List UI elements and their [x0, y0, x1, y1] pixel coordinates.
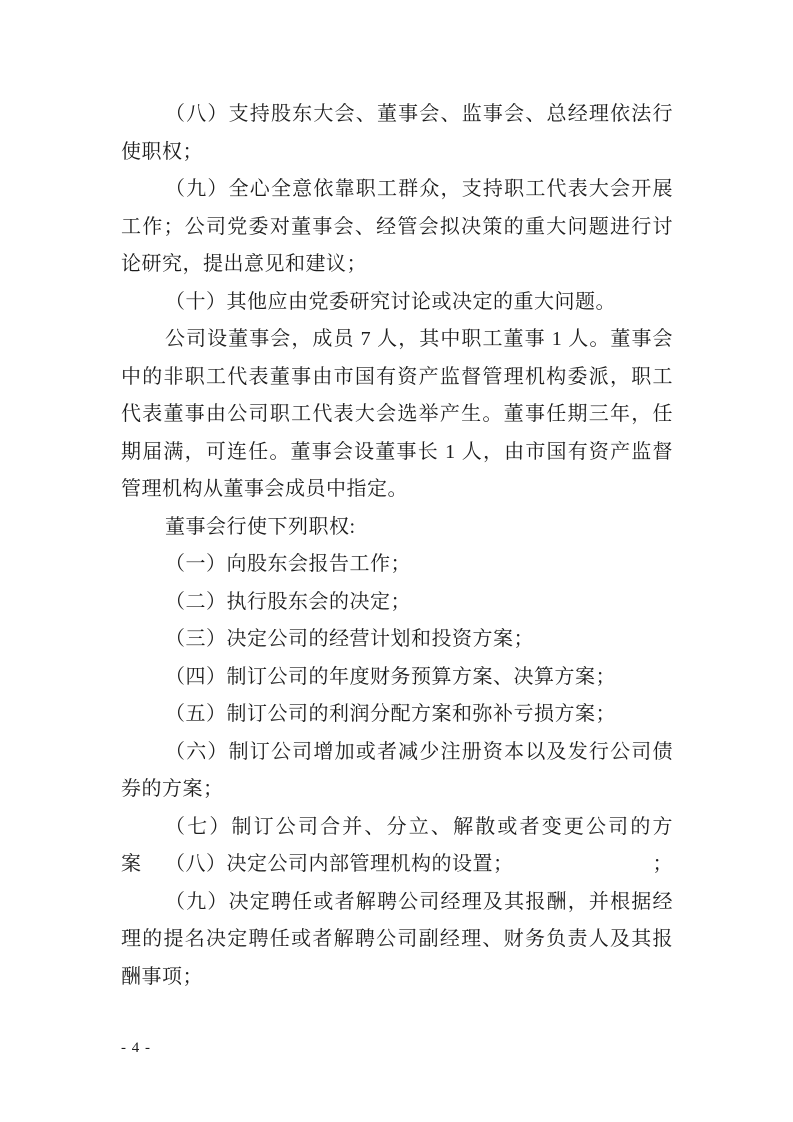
text-line: 董事会行使下列职权: — [121, 509, 673, 547]
document-page: （八）支持股东大会、董事会、监事会、总经理依法行使职权；（九）全心全意依靠职工群… — [0, 0, 793, 1122]
text-line: （五）制订公司的利润分配方案和弥补亏损方案； — [121, 696, 673, 734]
text-line: 理的提名决定聘任或者解聘公司副经理、财务负责人及其报 — [121, 921, 673, 959]
text-line: 期届满，可连任。董事会设董事长 1 人，由市国有资产监督 — [121, 434, 673, 472]
text-line: （三）决定公司的经营计划和投资方案； — [121, 621, 673, 659]
text-line: （七）制订公司合并、分立、解散或者变更公司的方案； — [121, 809, 673, 847]
document-body: （八）支持股东大会、董事会、监事会、总经理依法行使职权；（九）全心全意依靠职工群… — [121, 96, 673, 996]
text-line: 中的非职工代表董事由市国有资产监督管理机构委派，职工 — [121, 359, 673, 397]
text-line: 券的方案； — [121, 771, 673, 809]
text-line: 工作；公司党委对董事会、经管会拟决策的重大问题进行讨 — [121, 209, 673, 247]
text-line: 酬事项； — [121, 959, 673, 997]
text-line: （四）制订公司的年度财务预算方案、决算方案； — [121, 659, 673, 697]
text-line: （一）向股东会报告工作； — [121, 546, 673, 584]
text-line: 公司设董事会，成员 7 人，其中职工董事 1 人。董事会 — [121, 321, 673, 359]
text-line: 代表董事由公司职工代表大会选举产生。董事任期三年，任 — [121, 396, 673, 434]
text-line: （九）决定聘任或者解聘公司经理及其报酬，并根据经 — [121, 884, 673, 922]
text-line: 使职权； — [121, 134, 673, 172]
text-line: （十）其他应由党委研究讨论或决定的重大问题。 — [121, 284, 673, 322]
text-line: （六）制订公司增加或者减少注册资本以及发行公司债 — [121, 734, 673, 772]
text-line: （八）支持股东大会、董事会、监事会、总经理依法行 — [121, 96, 673, 134]
text-line: （九）全心全意依靠职工群众，支持职工代表大会开展 — [121, 171, 673, 209]
text-line: （二）执行股东会的决定； — [121, 584, 673, 622]
text-line: 管理机构从董事会成员中指定。 — [121, 471, 673, 509]
text-line: 论研究，提出意见和建议； — [121, 246, 673, 284]
page-number: - 4 - — [121, 1038, 151, 1058]
